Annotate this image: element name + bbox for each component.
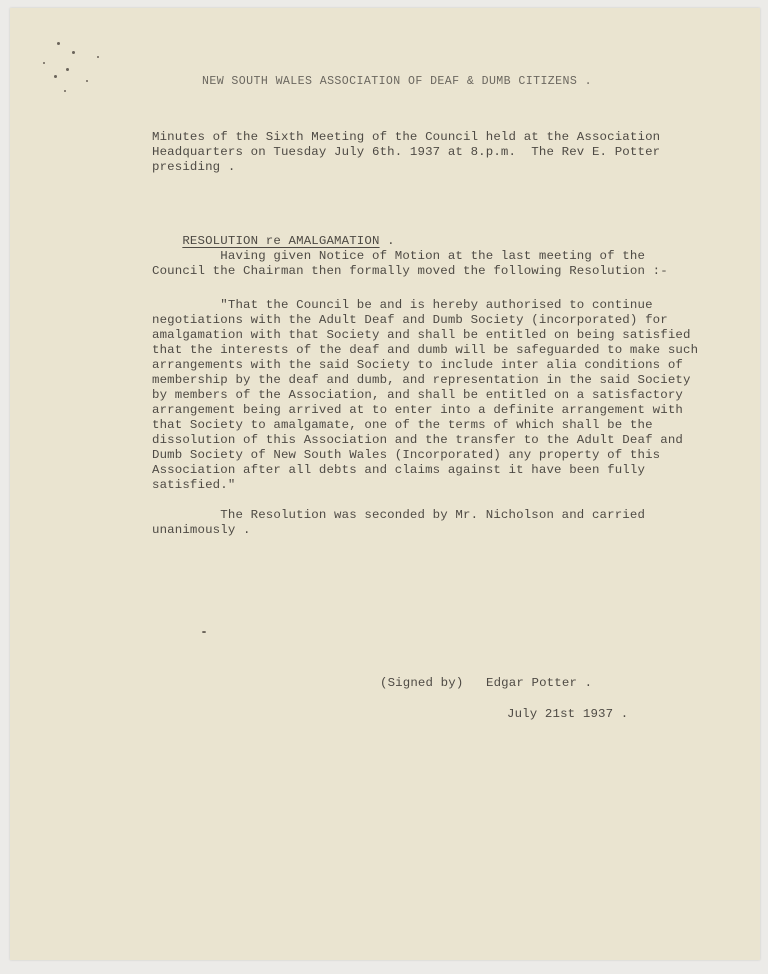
paper-speck <box>66 68 69 71</box>
document-heading: NEW SOUTH WALES ASSOCIATION OF DEAF & DU… <box>202 74 592 89</box>
section-title-text: RESOLUTION re AMALGAMATION <box>182 234 379 248</box>
paper-speck <box>72 51 75 54</box>
resolution-line-12: Association after all debts and claims a… <box>152 463 645 478</box>
outcome-line-1: The Resolution was seconded by Mr. Nicho… <box>152 508 645 523</box>
resolution-line-5: arrangements with the said Society to in… <box>152 358 683 373</box>
intro-line-2: Headquarters on Tuesday July 6th. 1937 a… <box>152 145 660 160</box>
motion-line-1: Having given Notice of Motion at the las… <box>152 249 645 264</box>
paper-speck <box>64 90 66 92</box>
intro-line-1: Minutes of the Sixth Meeting of the Coun… <box>152 130 660 145</box>
paper-speck <box>86 80 88 82</box>
resolution-line-1: "That the Council be and is hereby autho… <box>152 298 653 313</box>
resolution-line-13: satisfied." <box>152 478 235 493</box>
signature-label: (Signed by) <box>380 676 463 691</box>
resolution-line-9: that Society to amalgamate, one of the t… <box>152 418 653 433</box>
resolution-line-6: membership by the deaf and dumb, and rep… <box>152 373 691 388</box>
document-page: NEW SOUTH WALES ASSOCIATION OF DEAF & DU… <box>10 8 760 960</box>
section-title-suffix: . <box>380 234 395 248</box>
motion-line-2: Council the Chairman then formally moved… <box>152 264 668 279</box>
paper-speck <box>57 42 60 45</box>
resolution-line-7: by members of the Association, and shall… <box>152 388 683 403</box>
signature-name: Edgar Potter . <box>486 676 592 691</box>
resolution-line-2: negotiations with the Adult Deaf and Dum… <box>152 313 668 328</box>
paper-speck <box>97 56 99 58</box>
outcome-line-2: unanimously . <box>152 523 251 538</box>
resolution-line-8: arrangement being arrived at to enter in… <box>152 403 683 418</box>
paper-speck <box>202 631 206 633</box>
intro-line-3: presiding . <box>152 160 235 175</box>
signature-date: July 21st 1937 . <box>507 707 628 722</box>
resolution-line-4: that the interests of the deaf and dumb … <box>152 343 698 358</box>
resolution-line-10: dissolution of this Association and the … <box>152 433 683 448</box>
resolution-line-3: amalgamation with that Society and shall… <box>152 328 691 343</box>
paper-speck <box>43 62 45 64</box>
resolution-line-11: Dumb Society of New South Wales (Incorpo… <box>152 448 660 463</box>
paper-speck <box>54 75 57 78</box>
